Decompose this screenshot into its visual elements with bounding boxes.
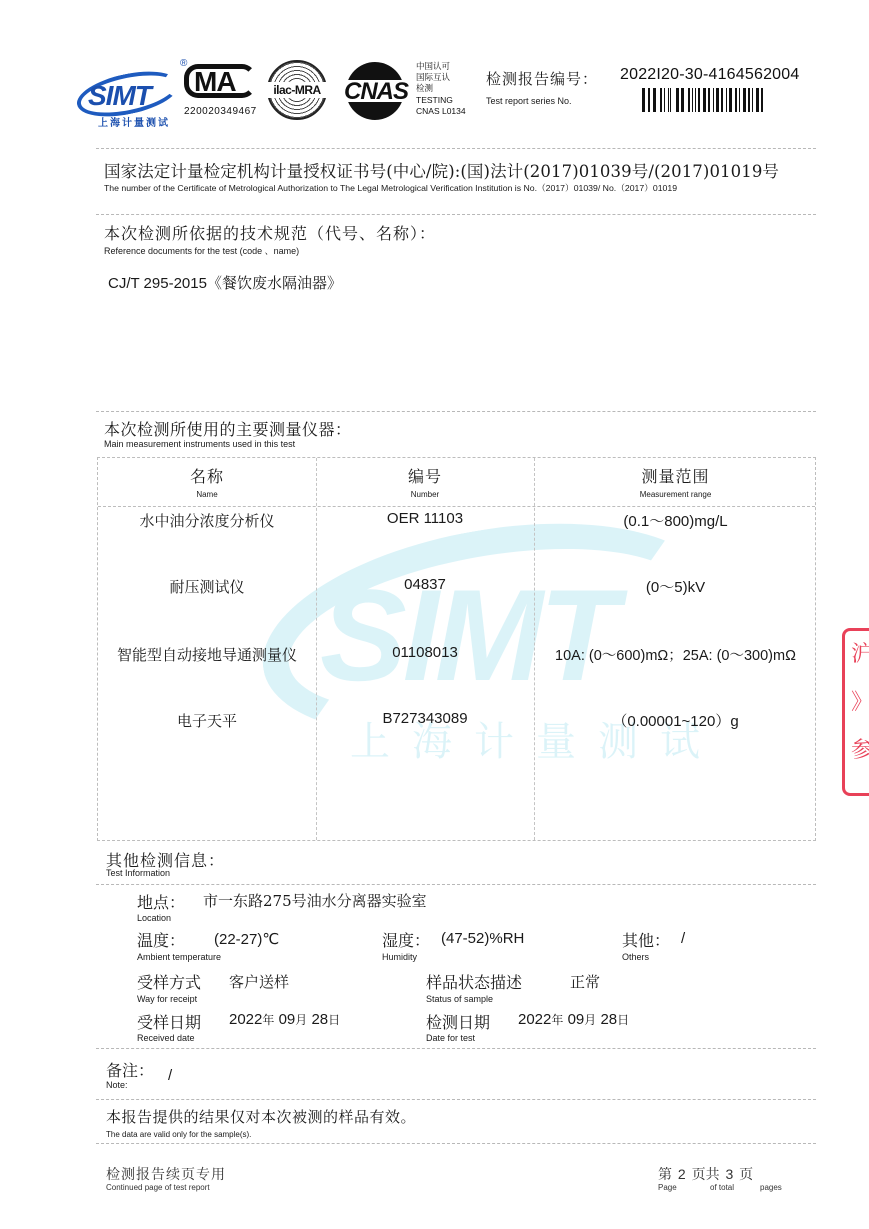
report-number-value: 2022I20-30-4164562004 (620, 66, 799, 84)
instruments-label-en: Main measurement instruments used in thi… (104, 439, 295, 449)
reference-document-value: CJ/T 295-2015《餐饮废水隔油器》 (108, 272, 342, 293)
table-cell-range: (0～5)kV (534, 576, 817, 597)
instruments-label: 本次检测所使用的主要测量仪器： (104, 417, 352, 440)
stamp-char: 》 (851, 679, 869, 727)
divider (96, 1048, 816, 1049)
column-header-cn: 测量范围 (534, 464, 817, 487)
sample-status-value: 正常 (570, 971, 600, 992)
table-cell-number: B727343089 (316, 710, 534, 727)
humidity-value: (47-52)%RH (441, 930, 524, 947)
receipt-way-label-en: Way for receipt (137, 994, 197, 1004)
divider (96, 1143, 816, 1144)
cnas-caption-line: 中国认可 (416, 62, 466, 73)
location-label: 地点： (137, 890, 185, 913)
stamp-char: 参 (851, 727, 869, 775)
divider (96, 1099, 816, 1100)
page-en-pages: pages (760, 1183, 782, 1192)
received-month: 09 (279, 1011, 296, 1028)
receipt-way-value: 客户送样 (229, 971, 289, 992)
year-unit: 年 (551, 1013, 563, 1027)
received-date-label-en: Received date (137, 1033, 195, 1043)
note-label: 备注： (106, 1058, 154, 1081)
column-header-en: Measurement range (534, 490, 817, 499)
table-cell-name: 耐压测试仪 (98, 576, 316, 597)
ilac-mra-logo: ilac-MRA (267, 60, 327, 122)
table-cell-number: 04837 (316, 576, 534, 593)
column-header-number: 编号 Number (316, 464, 534, 499)
others-value: / (681, 930, 685, 947)
cma-logo-text: MA (194, 66, 236, 98)
stamp-char: 沪 (851, 631, 869, 679)
cnas-caption-line: CNAS L0134 (416, 106, 466, 117)
cnas-caption-line: 检测 (416, 84, 466, 95)
red-seal-stamp: 沪 》 参 (842, 628, 869, 796)
month-unit: 月 (584, 1013, 596, 1027)
simt-logo-subtitle: 上海计量测试 (98, 114, 170, 129)
test-day: 28 (600, 1011, 617, 1028)
column-header-name: 名称 Name (98, 464, 316, 499)
table-cell-range: 10A: (0～600)mΩ；25A: (0～300)mΩ (534, 644, 817, 665)
day-unit: 日 (328, 1013, 340, 1027)
ilac-logo-text: ilac-MRA (265, 82, 329, 98)
column-header-cn: 名称 (98, 464, 316, 487)
page-indicator: 第 2 页共 3 页 (658, 1164, 753, 1184)
certificate-number-cn: 国家法定计量检定机构计量授权证书号(中心/院):(国)法计(2017)01039… (104, 158, 779, 182)
temperature-value: (22-27)℃ (214, 930, 279, 948)
sample-status-label-en: Status of sample (426, 994, 493, 1004)
column-header-cn: 编号 (316, 464, 534, 487)
others-label-en: Others (622, 952, 649, 962)
table-cell-range: (0.1～800)mg/L (534, 510, 817, 531)
location-label-en: Location (137, 913, 171, 923)
validity-statement-en: The data are valid only for the sample(s… (106, 1130, 251, 1139)
received-date-label: 受样日期 (137, 1010, 201, 1033)
note-value: / (168, 1067, 172, 1084)
header-divider (98, 506, 815, 507)
reference-documents-label: 本次检测所依据的技术规范（代号、名称）： (104, 221, 436, 244)
year-unit: 年 (262, 1013, 274, 1027)
note-label-en: Note: (106, 1080, 128, 1090)
test-month: 09 (568, 1011, 585, 1028)
simt-logo: SIMT 上海计量测试 ® (72, 60, 184, 130)
barcode-icon (642, 88, 812, 112)
divider (96, 214, 816, 215)
instruments-table: 名称 Name 编号 Number 测量范围 Measurement range… (97, 457, 816, 841)
column-header-range: 测量范围 Measurement range (534, 464, 817, 499)
temperature-label: 温度： (137, 928, 185, 951)
receipt-way-label: 受样方式 (137, 970, 201, 993)
humidity-label: 湿度： (382, 928, 430, 951)
cnas-caption-line: TESTING (416, 95, 466, 106)
table-cell-name: 智能型自动接地导通测量仪 (98, 644, 316, 665)
simt-logo-text: SIMT (88, 80, 151, 112)
cnas-logo-text: CNAS (340, 78, 412, 106)
divider (96, 148, 816, 149)
footer-continued-page-label: 检测报告续页专用 (106, 1164, 226, 1184)
cma-number: 220020349467 (184, 106, 257, 117)
table-cell-number: 01108013 (316, 644, 534, 661)
certificate-number-en: The number of the Certificate of Metrolo… (104, 182, 677, 194)
report-number-label-en: Test report series No. (486, 96, 572, 106)
report-number-label: 检测报告编号： (486, 68, 598, 89)
divider (96, 411, 816, 412)
temperature-label-en: Ambient temperature (137, 952, 221, 962)
column-header-en: Name (98, 490, 316, 499)
validity-statement: 本报告提供的结果仅对本次被测的样品有效。 (106, 1106, 416, 1127)
page-prefix: 第 (658, 1167, 672, 1183)
test-date-label-en: Date for test (426, 1033, 475, 1043)
page-total: 3 (725, 1166, 733, 1182)
test-year: 2022 (518, 1011, 551, 1028)
page-en-page: Page (658, 1183, 677, 1192)
footer-continued-page-label-en: Continued page of test report (106, 1183, 210, 1192)
others-label: 其他： (622, 928, 670, 951)
column-header-en: Number (316, 490, 534, 499)
reference-documents-label-en: Reference documents for the test (code 、… (104, 244, 299, 257)
table-cell-name: 电子天平 (98, 710, 316, 731)
test-info-label-en: Test Information (106, 868, 170, 878)
sample-status-label: 样品状态描述 (426, 970, 522, 993)
received-date-value: 2022年 09月 28日 (229, 1011, 340, 1028)
cnas-caption: 中国认可 国际互认 检测 TESTING CNAS L0134 (416, 62, 466, 117)
page-current: 2 (678, 1166, 686, 1182)
received-year: 2022 (229, 1011, 262, 1028)
cnas-logo: CNAS (340, 62, 412, 120)
table-cell-range: （0.00001~120）g (534, 710, 817, 731)
received-day: 28 (311, 1011, 328, 1028)
day-unit: 日 (617, 1013, 629, 1027)
page-mid: 页共 (692, 1167, 720, 1183)
page-indicator-en: Page of total pages (658, 1183, 788, 1192)
page-en-of-total: of total (710, 1183, 734, 1192)
test-date-value: 2022年 09月 28日 (518, 1011, 629, 1028)
table-cell-name: 水中油分浓度分析仪 (98, 510, 316, 531)
divider (96, 884, 816, 885)
location-value: 市一东路275号油水分离器实验室 (203, 890, 427, 911)
test-date-label: 检测日期 (426, 1010, 490, 1033)
cnas-caption-line: 国际互认 (416, 73, 466, 84)
cma-logo: MA 220020349467 (182, 62, 262, 122)
page-suffix: 页 (739, 1167, 753, 1183)
humidity-label-en: Humidity (382, 952, 417, 962)
month-unit: 月 (295, 1013, 307, 1027)
table-cell-number: OER 11103 (316, 510, 534, 527)
